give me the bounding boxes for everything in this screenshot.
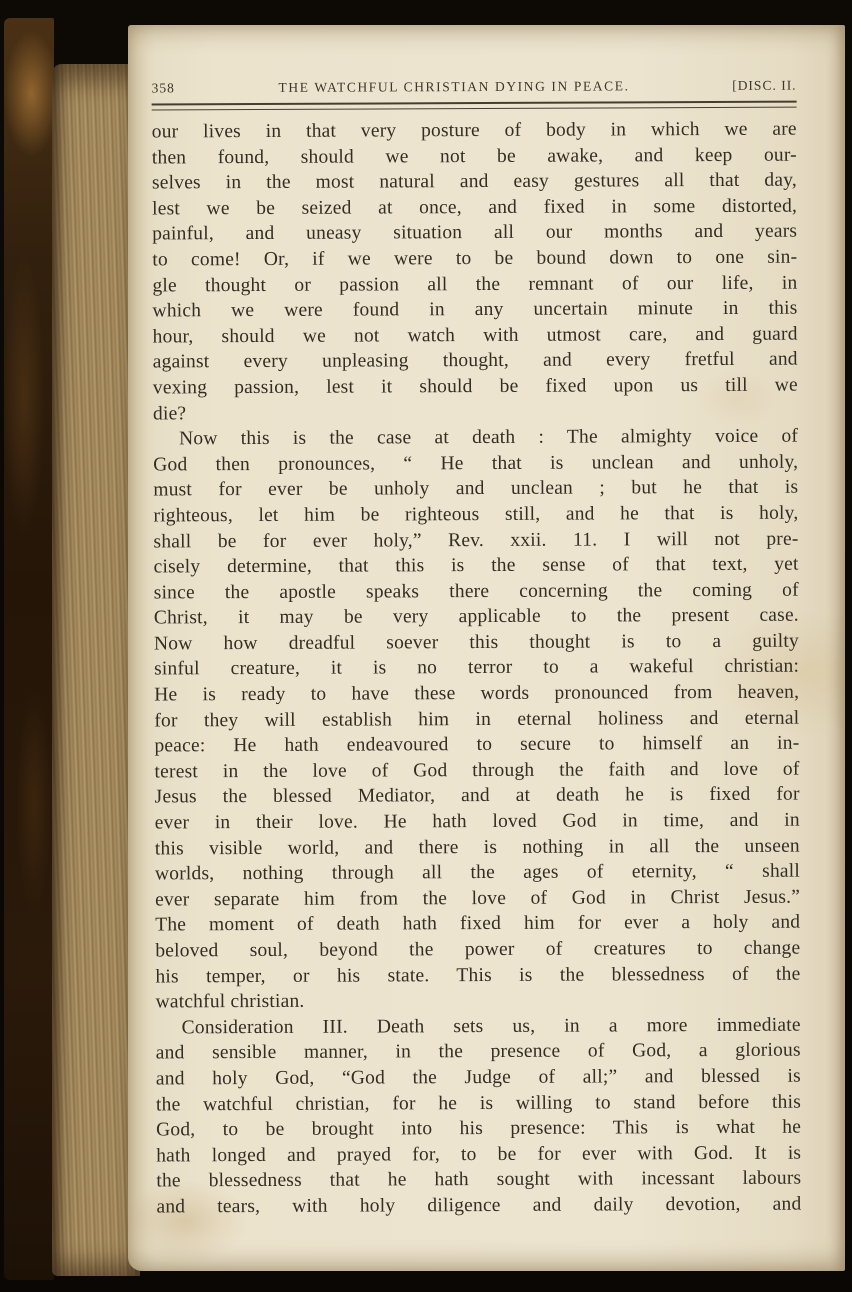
text-line: against every unpleasing thought, and ev… [153, 347, 798, 375]
text-line: die? [153, 398, 798, 426]
text-line: sinful creature, it is no terror to a wa… [154, 654, 799, 682]
text-line: gle thought or passion all the remnant o… [152, 270, 797, 298]
text-line: cisely determine, that this is the sense… [154, 552, 799, 580]
text-line: his temper, or his state. This is the bl… [155, 961, 800, 989]
running-title: THE WATCHFUL CHRISTIAN DYING IN PEACE. [222, 78, 687, 96]
print-area: 358 THE WATCHFUL CHRISTIAN DYING IN PEAC… [125, 23, 847, 1272]
text-line: ever separate him from the love of God i… [155, 884, 800, 912]
text-line: which we were found in any uncertain min… [152, 296, 797, 324]
book-page: 358 THE WATCHFUL CHRISTIAN DYING IN PEAC… [128, 25, 845, 1271]
text-body: our lives in that very posture of body i… [152, 117, 802, 1220]
text-line: hath longed and prayed for, to be for ev… [156, 1140, 801, 1168]
text-line: Jesus the blessed Mediator, and at death… [155, 782, 800, 810]
text-line: for they will establish him in eternal h… [154, 705, 799, 733]
text-line: and holy God, “God the Judge of all;” an… [156, 1064, 801, 1092]
text-line: righteous, let him be righteous still, a… [153, 501, 798, 529]
text-line: lest we be seized at once, and fixed in … [152, 193, 797, 221]
text-line: worlds, nothing through all the ages of … [155, 859, 800, 887]
text-line: Consideration III. Death sets us, in a m… [156, 1012, 801, 1040]
text-line: peace: He hath endeavoured to secure to … [154, 731, 799, 759]
text-line: selves in the most natural and easy gest… [152, 168, 797, 196]
text-line: ever in their love. He hath loved God in… [155, 808, 800, 836]
text-line: then found, should we not be awake, and … [152, 142, 797, 170]
text-line: vexing passion, lest it should be fixed … [153, 373, 798, 401]
text-line: the watchful christian, for he is willin… [156, 1089, 801, 1117]
text-line: since the apostle speaks there concernin… [154, 577, 799, 605]
text-line: God, to be brought into his presence: Th… [156, 1115, 801, 1143]
text-line: The moment of death hath fixed him for e… [155, 910, 800, 938]
text-line: must for ever be unholy and unclean ; bu… [153, 475, 798, 503]
text-line: He is ready to have these words pronounc… [154, 680, 799, 708]
text-line: terest in the love of God through the fa… [154, 756, 799, 784]
text-line: shall be for ever holy,” Rev. xxii. 11. … [153, 526, 798, 554]
photo-frame: 358 THE WATCHFUL CHRISTIAN DYING IN PEAC… [0, 0, 852, 1292]
text-line: this visible world, and there is nothing… [155, 833, 800, 861]
text-line: beloved soul, beyond the power of creatu… [155, 936, 800, 964]
text-line: our lives in that very posture of body i… [152, 117, 797, 145]
text-line: to come! Or, if we were to be bound down… [152, 245, 797, 273]
page-header: 358 THE WATCHFUL CHRISTIAN DYING IN PEAC… [152, 78, 797, 97]
book-cover [4, 18, 54, 1280]
text-line: God then pronounces, “ He that is unclea… [153, 449, 798, 477]
header-rule [152, 101, 797, 111]
text-line: watchful christian. [155, 987, 800, 1015]
text-line: and tears, with holy diligence and daily… [156, 1192, 801, 1220]
page-number: 358 [152, 80, 222, 96]
text-line: and sensible manner, in the presence of … [156, 1038, 801, 1066]
text-line: Now how dreadful soever this thought is … [154, 629, 799, 657]
text-line: hour, should we not watch with utmost ca… [153, 321, 798, 349]
text-line: the blessedness that he hath sought with… [156, 1166, 801, 1194]
section-label: [DISC. II. [687, 78, 797, 94]
text-line: painful, and uneasy situation all our mo… [152, 219, 797, 247]
text-line: Christ, it may be very applicable to the… [154, 603, 799, 631]
text-line: Now this is the case at death : The almi… [153, 424, 798, 452]
